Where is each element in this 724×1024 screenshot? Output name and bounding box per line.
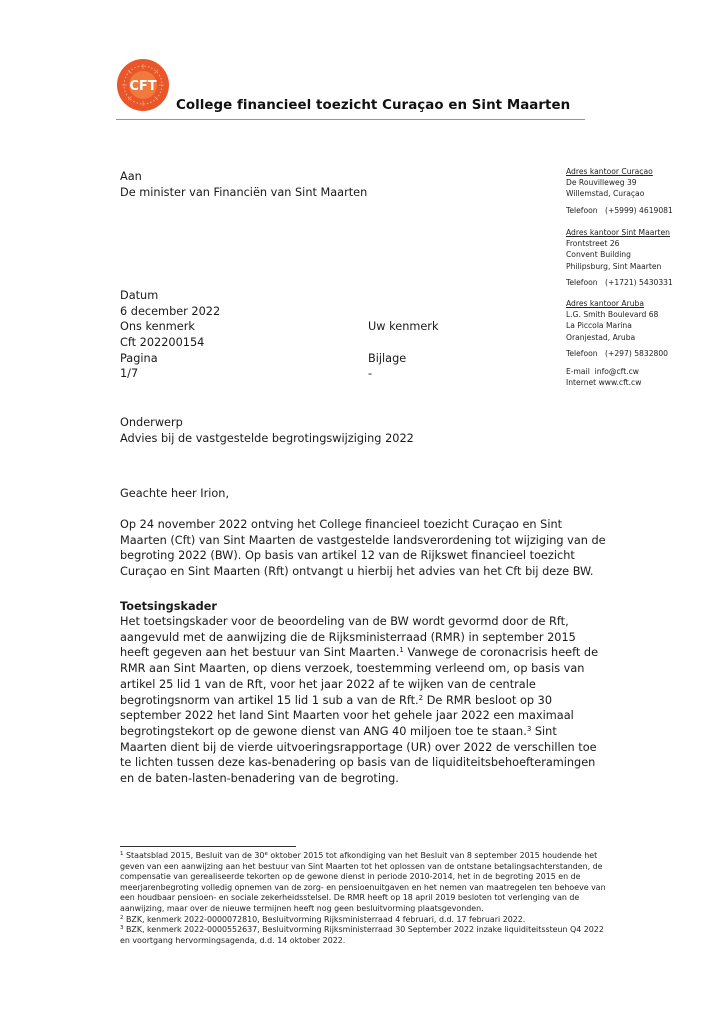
footnotes: 1 Staatsblad 2015, Besluit van de 30e ok…	[120, 851, 608, 946]
office-sint-maarten-line: Philipsburg, Sint Maarten	[566, 261, 673, 272]
office-aruba-line: L.G. Smith Boulevard 68	[566, 309, 668, 320]
office-sint-maarten-heading: Adres kantoor Sint Maarten	[566, 227, 673, 238]
office-sint-maarten-line: Frontstreet 26	[566, 238, 673, 249]
header-divider	[116, 119, 585, 120]
recipient-block: Aan De minister van Financiën van Sint M…	[120, 169, 367, 200]
subject-label: Onderwerp	[120, 415, 414, 431]
footnote: 3 BZK, kenmerk 2022-0000552637, Besluitv…	[120, 925, 608, 946]
svg-text:CFT: CFT	[129, 79, 156, 94]
office-curacao: Adres kantoor Curaçao De Rouvilleweg 39 …	[566, 166, 673, 216]
page-value: 1/7	[120, 366, 368, 382]
section-heading: Toetsingskader	[120, 599, 217, 615]
intro-paragraph: Op 24 november 2022 ontving het College …	[120, 517, 606, 580]
office-sint-maarten-line: Convent Building	[566, 249, 673, 260]
attachment-value: -	[368, 366, 372, 382]
footnote: 1 Staatsblad 2015, Besluit van de 30e ok…	[120, 851, 608, 915]
organization-name: College financieel toezicht Curaçao en S…	[176, 98, 570, 113]
date-label: Datum	[120, 288, 368, 304]
date-value: 6 december 2022	[120, 304, 368, 320]
internet-line: Internet www.cft.cw	[566, 377, 641, 388]
salutation: Geachte heer Irion,	[120, 486, 229, 502]
email-link[interactable]: info@cft.cw	[595, 367, 639, 376]
office-aruba-heading: Adres kantoor Aruba	[566, 298, 668, 309]
subject-block: Onderwerp Advies bij de vastgestelde beg…	[120, 415, 414, 446]
office-curacao-phone: Telefoon(+5999) 4619081	[566, 205, 673, 216]
office-aruba-line: La Piccola Marina	[566, 320, 668, 331]
office-curacao-heading: Adres kantoor Curaçao	[566, 166, 673, 177]
office-aruba: Adres kantoor Aruba L.G. Smith Boulevard…	[566, 298, 668, 359]
our-reference-value: Cft 202200154	[120, 335, 368, 351]
office-curacao-line: Willemstad, Curaçao	[566, 188, 673, 199]
website-link[interactable]: www.cft.cw	[599, 378, 642, 387]
recipient-label: Aan	[120, 169, 367, 185]
office-sint-maarten-phone: Telefoon(+1721) 5430331	[566, 277, 673, 288]
email-line: E-mail info@cft.cw	[566, 366, 641, 377]
section-paragraph: Het toetsingskader voor de beoordeling v…	[120, 614, 606, 787]
page-label: Pagina	[120, 351, 368, 367]
office-curacao-line: De Rouvilleweg 39	[566, 177, 673, 188]
office-aruba-phone: Telefoon(+297) 5832800	[566, 348, 668, 359]
office-aruba-line: Oranjestad, Aruba	[566, 332, 668, 343]
letter-metadata: Datum 6 december 2022 Ons kenmerk Uw ken…	[120, 288, 540, 382]
contact-block: E-mail info@cft.cw Internet www.cft.cw	[566, 366, 641, 388]
footnote-divider	[120, 846, 296, 847]
recipient-name: De minister van Financiën van Sint Maart…	[120, 185, 367, 201]
our-reference-label: Ons kenmerk	[120, 319, 368, 335]
office-sint-maarten: Adres kantoor Sint Maarten Frontstreet 2…	[566, 227, 673, 288]
subject-value: Advies bij de vastgestelde begrotingswij…	[120, 431, 414, 447]
attachment-label: Bijlage	[368, 351, 406, 367]
footnote: 2 BZK, kenmerk 2022-0000072810, Besluitv…	[120, 915, 608, 926]
cft-logo: CFT	[116, 58, 170, 112]
your-reference-label: Uw kenmerk	[368, 319, 439, 335]
